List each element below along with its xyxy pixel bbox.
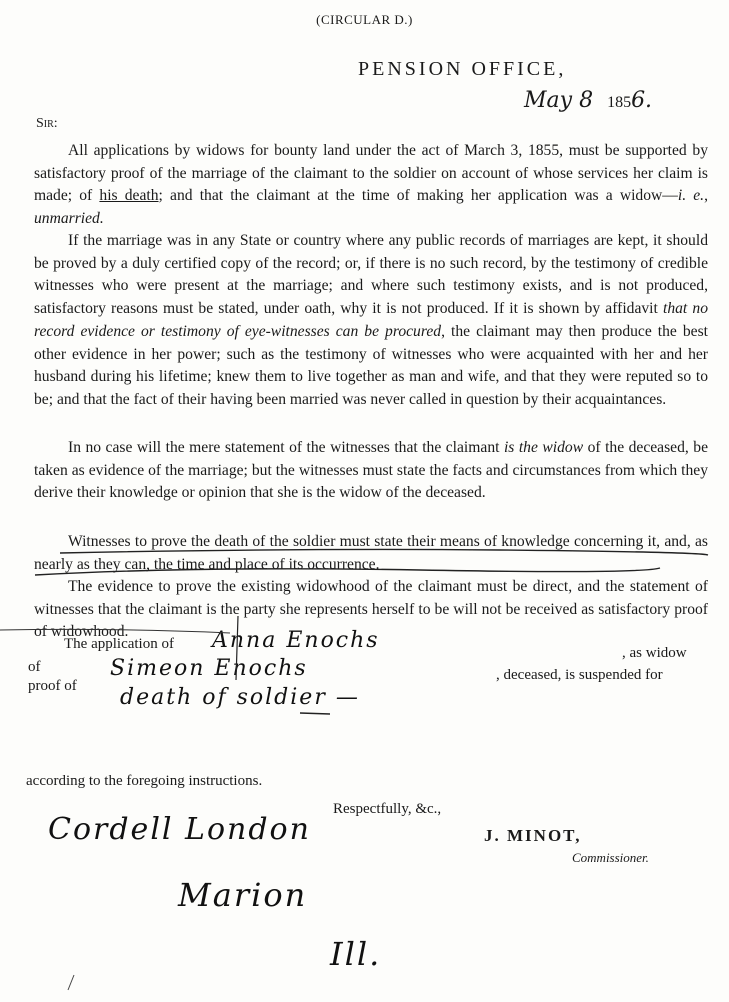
year-printed: 185 (607, 94, 631, 111)
address-name-handwritten: Cordell London (48, 812, 311, 847)
signer-title: Commissioner. (572, 850, 649, 866)
label-as-widow: , as widow (622, 645, 687, 662)
stray-mark (68, 975, 74, 990)
address-town-handwritten: Marion (178, 876, 307, 914)
label-application: The application of (64, 636, 174, 653)
paragraph-1: All applications by widows for bounty la… (34, 140, 708, 236)
closing-instructions: according to the foregoing instructions. (26, 773, 262, 790)
date-line: May 81856. (524, 88, 652, 113)
proof-reason-handwritten: death of soldier — (120, 685, 360, 710)
paragraph-2: If the marriage was in any State or coun… (34, 230, 708, 417)
year-handwritten: 6. (631, 88, 652, 113)
office-heading: PENSION OFFICE, (358, 58, 566, 81)
signer-name: J. MINOT, (484, 826, 582, 846)
circular-heading: (CIRCULAR D.) (0, 12, 729, 28)
dash-mark (300, 713, 330, 714)
paragraph-3: In no case will the mere statement of th… (34, 437, 708, 510)
salutation: Sir: (36, 116, 58, 132)
address-state-handwritten: Ill. (330, 935, 381, 973)
date-handwritten: May 8 (524, 88, 593, 113)
label-proof-of: proof of (28, 678, 77, 695)
soldier-name-handwritten: Simeon Enochs (110, 656, 308, 681)
label-deceased: , deceased, is suspended for (496, 667, 663, 684)
paragraph-4-underlined: Witnesses to prove the death of the sold… (34, 531, 708, 581)
closing-respectfully: Respectfully, &c., (333, 801, 441, 818)
his-death-underlined: his death (99, 187, 158, 204)
label-of: of (28, 659, 41, 676)
applicant-name-handwritten: Anna Enochs (212, 628, 380, 653)
